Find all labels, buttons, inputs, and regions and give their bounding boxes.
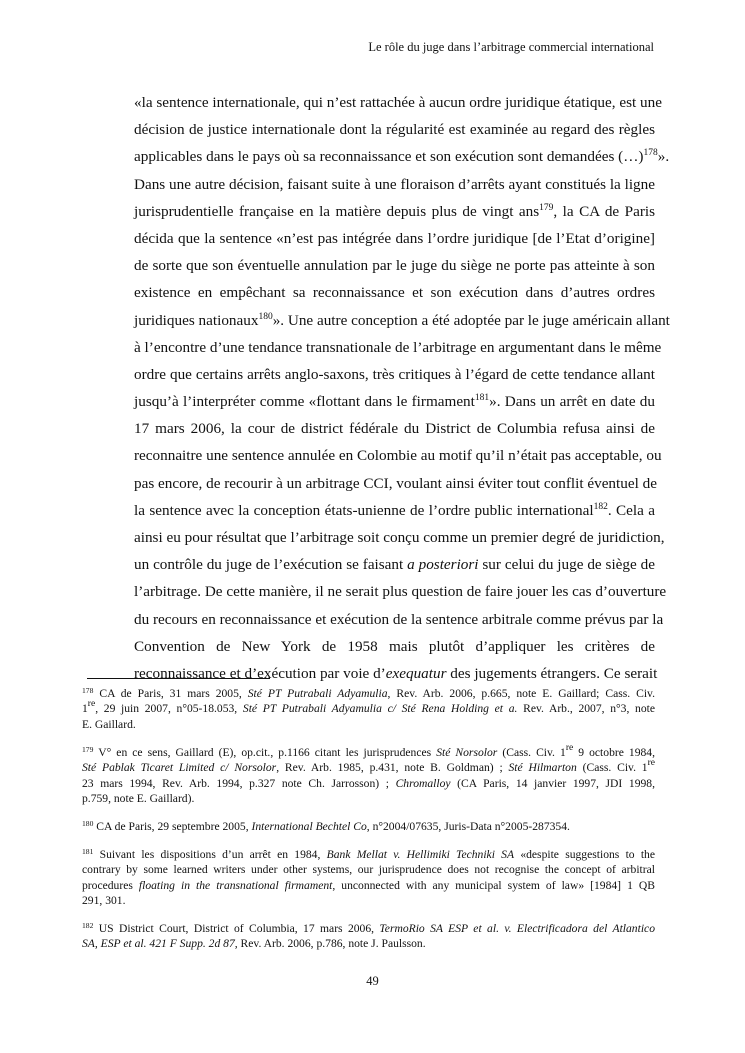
italic-text: Sté PT Putrabali Adyamulia [248,687,388,700]
footnote-179: 179 V° en ce sens, Gaillard (E), op.cit.… [82,745,655,807]
footnote-182: 182 US District Court, District of Colum… [82,921,655,952]
footnote-line: 291, 301. [82,893,655,908]
running-header: Le rôle du juge dans l’arbitrage commerc… [368,40,654,55]
body-line: 17 mars 2006, la cour de district fédéra… [134,415,655,442]
body-line: du recours en reconnaissance et exécutio… [134,606,655,633]
footnote-number: 182 [82,921,93,930]
italic-text: Sté Pablak Ticaret Limited c/ Norsolor [82,761,276,774]
footnote-180: 180 CA de Paris, 29 septembre 2005, Inte… [82,819,655,834]
body-line: l’arbitrage. De cette manière, il ne ser… [134,578,655,605]
footnote-reference: re [566,743,573,753]
footnote-line: p.759, note E. Gaillard). [82,791,655,806]
italic-text: Chromalloy [396,777,451,790]
footnote-line: contrary by some learned writers under o… [82,862,655,877]
page-number: 49 [0,974,745,989]
footnote-line: 178 CA de Paris, 31 mars 2005, Sté PT Pu… [82,686,655,701]
footnote-number: 180 [82,819,93,828]
footnote-reference: re [648,758,655,768]
body-line: ainsi eu pour résultat que l’arbitrage s… [134,524,655,551]
body-line: la sentence avec la conception états-uni… [134,497,655,524]
body-line: juridiques nationaux180». Une autre conc… [134,307,655,334]
body-line: jurisprudentielle française en la matièr… [134,198,655,225]
italic-text: a posteriori [407,556,478,573]
italic-text: Bank Mellat v. Hellimiki Techniki SA [327,848,514,861]
footnote-reference: 180 [258,312,272,322]
body-line: reconnaissance et d’exécution par voie d… [134,660,655,687]
body-line: un contrôle du juge de l’exécution se fa… [134,551,655,578]
footnote-line: 179 V° en ce sens, Gaillard (E), op.cit.… [82,745,655,760]
italic-text: Sté Norsolor [436,746,497,759]
italic-text: Sté PT Putrabali Adyamulia c/ Sté Rena H… [243,702,518,715]
footnote-reference: 179 [539,203,553,213]
body-line: décida que la sentence «n’est pas intégr… [134,225,655,252]
footnote-reference: 182 [594,502,608,512]
footnote-line: SA, ESP et al. 421 F Supp. 2d 87, Rev. A… [82,936,655,951]
italic-text: Sté Hilmarton [508,761,576,774]
body-line: ordre que certains arrêts anglo-saxons, … [134,361,655,388]
footnote-reference: 181 [475,393,489,403]
body-line: existence en empêchant sa reconnaissance… [134,279,655,306]
footnote-line: 1re, 29 juin 2007, n°05-18.053, Sté PT P… [82,701,655,716]
body-line: de sorte que son éventuelle annulation p… [134,252,655,279]
italic-text: floating in the transnational firmament [139,879,332,892]
body-line: pas encore, de recourir à un arbitrage C… [134,470,655,497]
body-line: Dans une autre décision, faisant suite à… [134,171,655,198]
italic-text: SA, ESP et al. 421 F Supp. 2d 87, [82,937,238,950]
italic-text: exequatur [386,665,447,682]
footnote-reference: 178 [643,148,657,158]
footnote-line: E. Gaillard. [82,717,655,732]
footnote-line: procedures floating in the transnational… [82,878,655,893]
footnote-number: 179 [82,745,93,754]
footnote-number: 178 [82,686,93,695]
footnote-178: 178 CA de Paris, 31 mars 2005, Sté PT Pu… [82,686,655,732]
italic-text: TermoRio SA ESP et al. v. Electrificador… [379,922,655,935]
footnote-line: 23 mars 1994, Rev. Arb. 1994, p.327 note… [82,776,655,791]
italic-text: International Bechtel Co [252,820,367,833]
body-text: «la sentence internationale, qui n’est r… [134,89,655,687]
footnote-line: 180 CA de Paris, 29 septembre 2005, Inte… [82,819,655,834]
body-line: «la sentence internationale, qui n’est r… [134,89,655,116]
footnote-reference: re [88,699,95,709]
body-line: à l’encontre d’une tendance transnationa… [134,334,655,361]
body-line: applicables dans le pays où sa reconnais… [134,143,655,170]
footnote-line: 182 US District Court, District of Colum… [82,921,655,936]
footnote-number: 181 [82,847,93,856]
footnotes: 178 CA de Paris, 31 mars 2005, Sté PT Pu… [82,686,655,964]
footnote-line: 181 Suivant les dispositions d’un arrêt … [82,847,655,862]
footnote-line: Sté Pablak Ticaret Limited c/ Norsolor, … [82,760,655,775]
footnote-separator [87,678,270,679]
body-line: Convention de New York de 1958 mais plut… [134,633,655,660]
body-line: jusqu’à l’interpréter comme «flottant da… [134,388,655,415]
footnote-181: 181 Suivant les dispositions d’un arrêt … [82,847,655,909]
body-line: décision de justice internationale dont … [134,116,655,143]
body-line: reconnaitre une sentence annulée en Colo… [134,442,655,469]
